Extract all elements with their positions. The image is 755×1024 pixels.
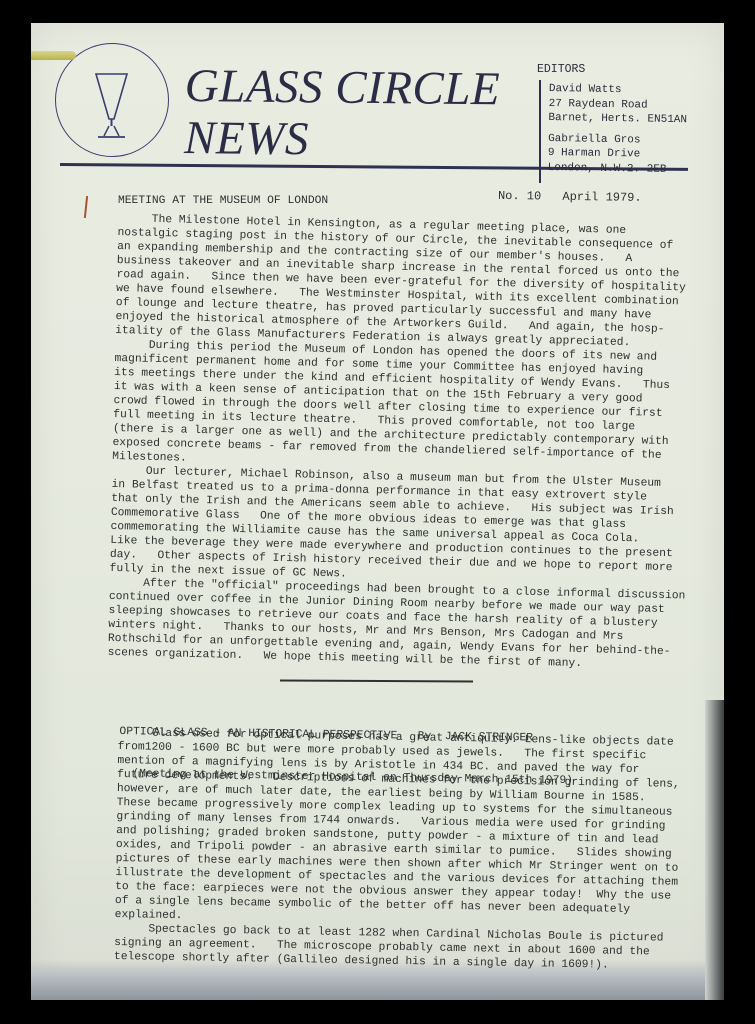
editor2-address2: London, N.W.2. 2EB	[548, 160, 687, 177]
editor2-address1: 9 Harman Drive	[548, 146, 687, 163]
title-line-1: GLASS CIRCLE	[184, 60, 500, 115]
article2-body: Glass used for optical purposes has a gr…	[114, 726, 681, 974]
article1-heading: MEETING AT THE MUSEUM OF LONDON	[118, 194, 328, 208]
editor1-address2: Barnet, Herts. EN51AN	[548, 111, 687, 128]
editors-divider	[539, 80, 541, 183]
stacked-pages-edge	[705, 700, 724, 1000]
issue-info: No. 10 April 1979.	[498, 189, 656, 205]
editors-addresses: David Watts 27 Raydean Road Barnet, Hert…	[548, 82, 688, 177]
title-line-2: NEWS	[184, 112, 500, 167]
article1-body: The Milestone Hotel in Kensington, as a …	[107, 212, 694, 673]
glass-logo-icon	[55, 43, 169, 157]
binding-string	[31, 51, 76, 60]
issue-number: No. 10	[498, 189, 541, 204]
editor1-name: David Watts	[549, 82, 688, 99]
editors-label: EDITORS	[537, 63, 585, 76]
issue-date: April 1979.	[562, 190, 641, 205]
masthead-title: GLASS CIRCLE NEWS	[184, 60, 501, 167]
